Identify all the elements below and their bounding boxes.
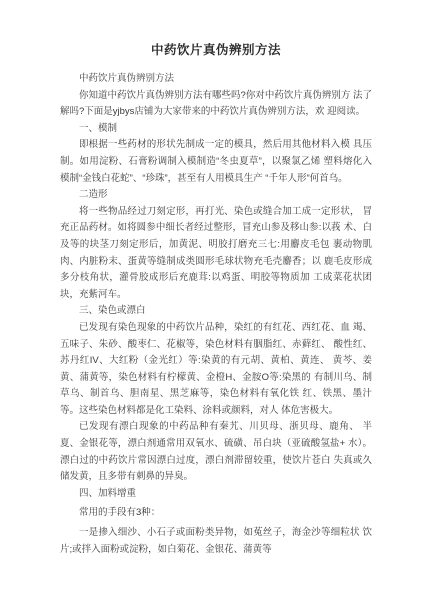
paragraph-mold: 即根据一些药材的形状先制成一定的模具，然后用其他材料入模 具压制。如用淀粉、石膏… (60, 137, 372, 187)
paragraph-methods-count: 常用的手段有3种： (60, 505, 372, 522)
document-page: 中药饮片真伪辨别方法 中药饮片真伪辨别方法 你知道中药饮片真伪辨别方法有哪些吗?… (0, 0, 424, 600)
intro-paragraph: 你知道中药饮片真伪辨别方法有哪些吗?你对中药饮片真伪辨别方 法了解吗?下面是yj… (60, 88, 372, 121)
document-title: 中药饮片真伪辨别方法 (60, 42, 372, 58)
intro-title-line: 中药饮片真伪辨别方法 (60, 71, 372, 88)
paragraph-method-one: 一是掺入细沙、小石子或面粉类异物，如菟丝子，海金沙等细粒状 饮片;或拌入面粉或淀… (60, 525, 372, 558)
section-heading-weight-adding: 四、加料增重 (60, 486, 372, 503)
paragraph-dyeing: 已发现有染色现象的中药饮片品种，染红的有红花、西红花、血 竭、五味子、朱砂、酸枣… (60, 320, 372, 420)
section-heading-shaping: 二造形 (60, 187, 372, 204)
paragraph-bleaching: 已发现有漂白现象的中药品种有秦艽、川贝母、浙贝母、鹿角、 半夏、金银花等，漂白剂… (60, 419, 372, 485)
section-heading-mold: 一、模制 (60, 121, 372, 138)
section-heading-dyeing-bleaching: 三、染色或漂白 (60, 303, 372, 320)
paragraph-shaping: 将一些物品经过刀刻定形，再打光、染色或缝合加工成一定形状， 冒充正品药材。如将圆… (60, 204, 372, 304)
